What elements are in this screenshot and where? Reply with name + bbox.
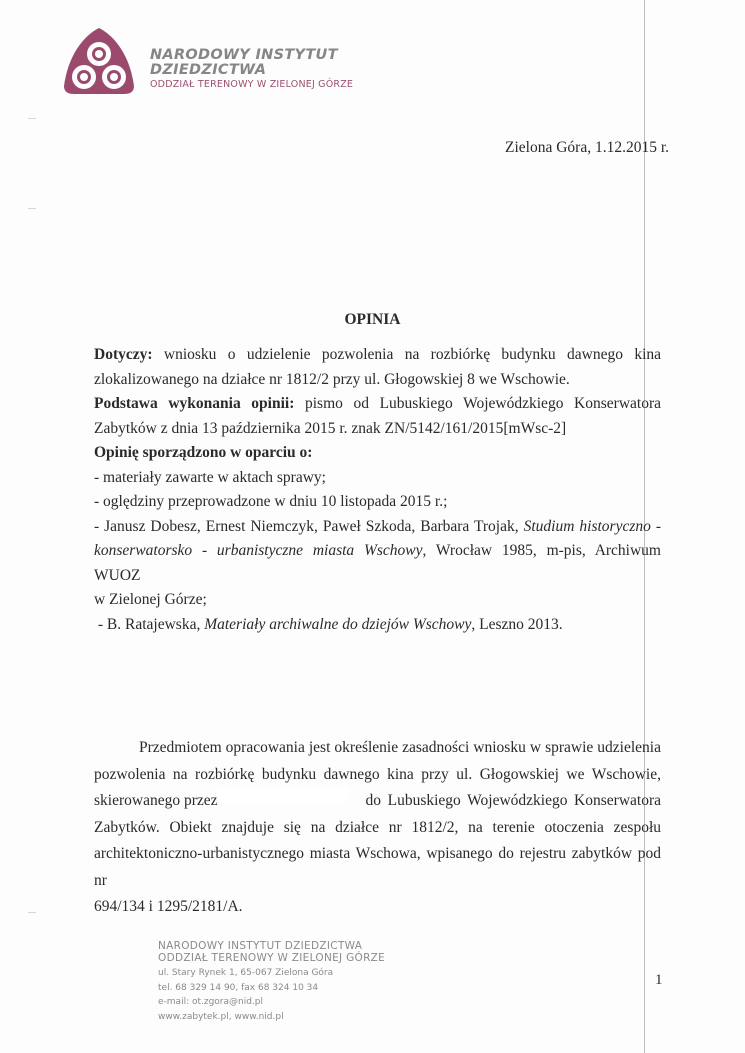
margin-mark — [28, 208, 36, 209]
org-branch: ODDZIAŁ TERENOWY W ZIELONEJ GÓRZE — [150, 78, 353, 92]
source-item: - B. Ratajewska, Materiały archiwalne do… — [94, 613, 661, 638]
source-item: - Janusz Dobesz, Ernest Niemczyk, Paweł … — [94, 515, 661, 540]
podstawa-label: Podstawa wykonania opinii: — [94, 395, 294, 412]
page-number: 1 — [655, 972, 663, 989]
opinion-header-block: Dotyczy: wniosku o udzielenie pozwolenia… — [94, 343, 661, 637]
source-item: - materiały zawarte w aktach sprawy; — [94, 466, 661, 491]
footer-contact: NARODOWY INSTYTUT DZIEDZICTWA ODDZIAŁ TE… — [158, 940, 385, 1022]
org-name-line1: NARODOWY INSTYTUT — [150, 48, 353, 63]
podstawa-line1: Podstawa wykonania opinii: pismo od Lubu… — [94, 392, 661, 417]
nid-trefoil-logo-icon — [60, 26, 138, 96]
footer-web: www.zabytek.pl, www.nid.pl — [158, 1012, 385, 1023]
document-page: NARODOWY INSTYTUT DZIEDZICTWA ODDZIAŁ TE… — [0, 0, 745, 1053]
dotyczy-label: Dotyczy: — [94, 346, 153, 363]
source-item: - oględziny przeprowadzone w dniu 10 lis… — [94, 490, 661, 515]
margin-mark — [28, 912, 36, 913]
dotyczy-line1: Dotyczy: wniosku o udzielenie pozwolenia… — [94, 343, 661, 368]
source-item-cont: konserwatorsko - urbanistyczne miasta Ws… — [94, 539, 661, 588]
document-date: Zielona Góra, 1.12.2015 r. — [505, 139, 669, 157]
letterhead-org: NARODOWY INSTYTUT DZIEDZICTWA ODDZIAŁ TE… — [150, 48, 353, 92]
footer-address: ul. Stary Rynek 1, 65-067 Zielona Góra — [158, 968, 385, 979]
margin-mark — [28, 118, 36, 119]
dotyczy-line2: zlokalizowanego na działce nr 1812/2 prz… — [94, 368, 661, 393]
document-title: OPINIA — [0, 311, 745, 329]
redacted-name — [218, 788, 348, 802]
org-name-line2: DZIEDZICTWA — [150, 63, 353, 78]
sources-label: Opinię sporządzono w oparciu o: — [94, 441, 661, 466]
main-paragraph: Przedmiotem opracowania jest określenie … — [94, 735, 661, 921]
podstawa-line2: Zabytków z dnia 13 października 2015 r. … — [94, 417, 661, 442]
source-item-cont: w Zielonej Górze; — [94, 588, 661, 613]
footer-email: e-mail: ot.zgora@nid.pl — [158, 997, 385, 1008]
footer-phone: tel. 68 329 14 90, fax 68 324 10 34 — [158, 983, 385, 994]
